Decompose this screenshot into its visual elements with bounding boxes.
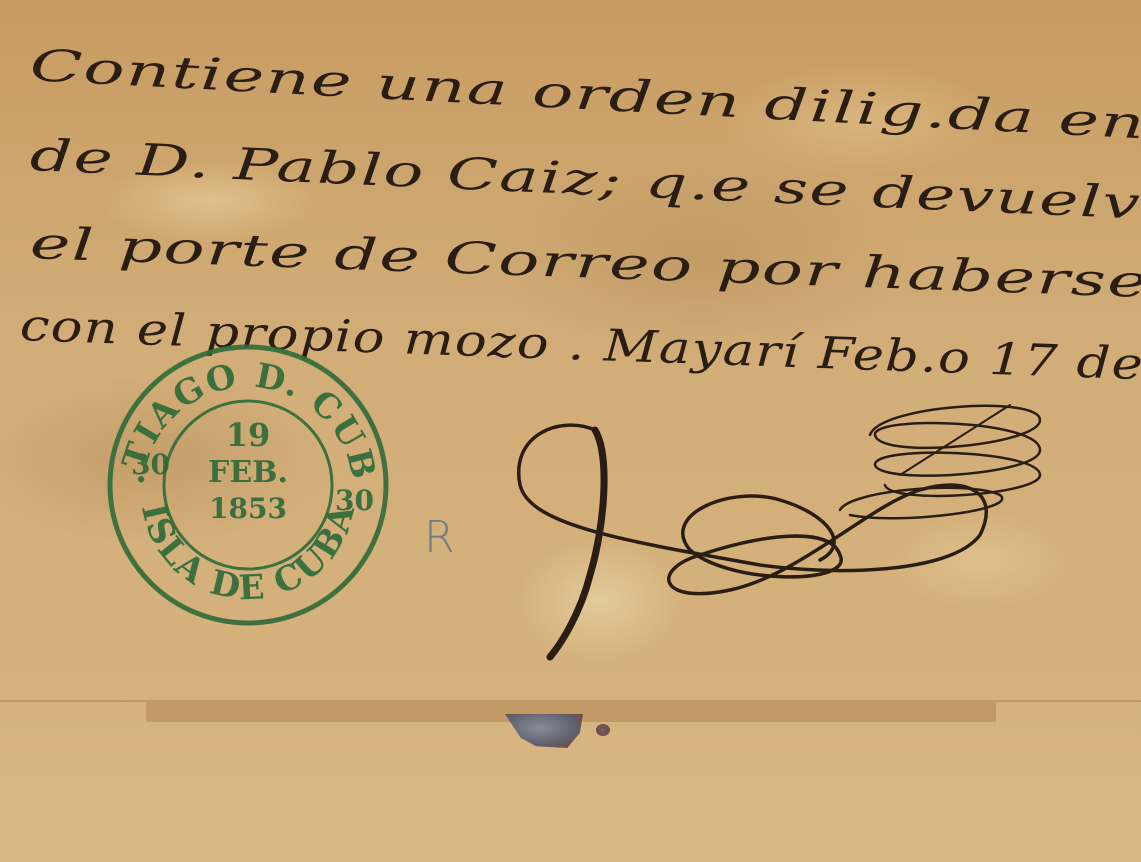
postmark-year: 1853: [209, 492, 287, 525]
postmark-day: 19: [226, 416, 271, 454]
postmark-month: FEB.: [208, 455, 288, 490]
wax-seal-fragment: [596, 724, 610, 736]
pencil-mark: R: [424, 512, 455, 563]
postmark-left-value: 30: [131, 448, 170, 481]
postmark-right-value: 30: [335, 484, 374, 517]
signature-rubric: [500, 375, 1060, 675]
postmark-stamp: S.TIAGO D. CUBA ISLA DE CUBA 30 30 19 FE…: [103, 342, 393, 628]
